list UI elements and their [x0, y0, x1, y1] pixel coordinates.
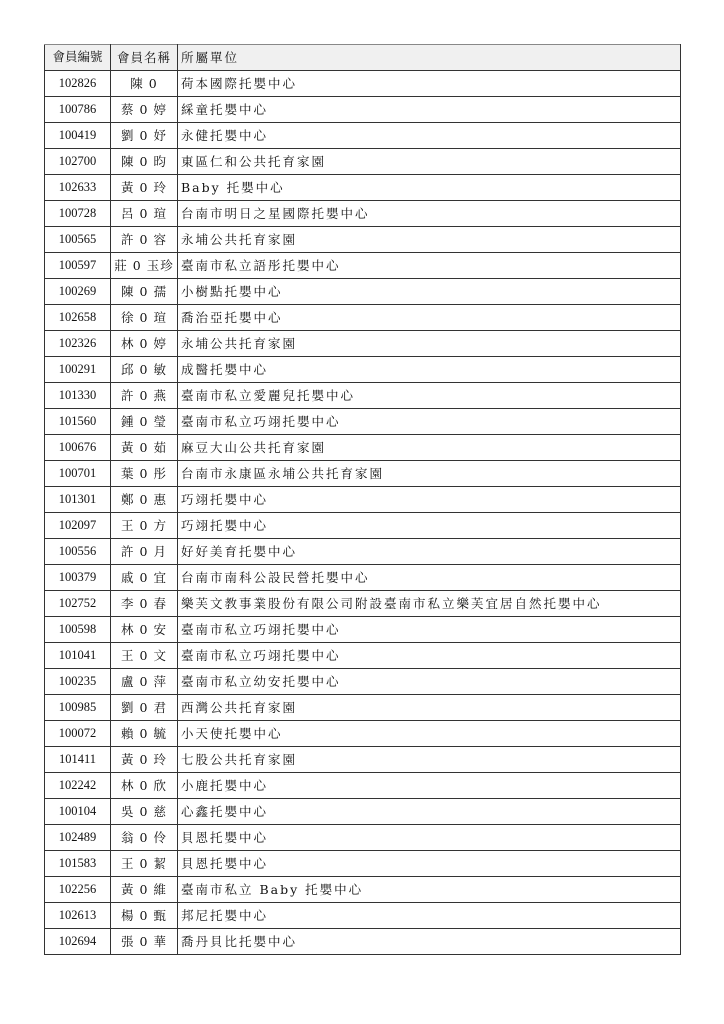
member-id-cell: 100072	[45, 721, 111, 747]
member-id-cell: 100786	[45, 97, 111, 123]
table-row: 102326林 0 婷永埔公共托育家園	[45, 331, 681, 357]
table-row: 100419劉 0 妤永健托嬰中心	[45, 123, 681, 149]
member-id-cell: 100598	[45, 617, 111, 643]
table-row: 102694張 0 華喬丹貝比托嬰中心	[45, 929, 681, 955]
affiliation-cell: 小鹿托嬰中心	[178, 773, 681, 799]
member-id-cell: 101301	[45, 487, 111, 513]
member-id-cell: 100291	[45, 357, 111, 383]
member-name-cell: 許 0 容	[111, 227, 178, 253]
member-id-cell: 101560	[45, 409, 111, 435]
table-row: 100556許 0 月好好美育托嬰中心	[45, 539, 681, 565]
member-id-cell: 100597	[45, 253, 111, 279]
member-id-cell: 102752	[45, 591, 111, 617]
table-row: 100104吳 0 慈心鑫托嬰中心	[45, 799, 681, 825]
member-name-cell: 吳 0 慈	[111, 799, 178, 825]
member-id-cell: 102613	[45, 903, 111, 929]
affiliation-cell: 喬治亞托嬰中心	[178, 305, 681, 331]
member-name-cell: 葉 0 彤	[111, 461, 178, 487]
member-name-cell: 盧 0 萍	[111, 669, 178, 695]
affiliation-cell: 臺南市私立 Baby 托嬰中心	[178, 877, 681, 903]
member-name-cell: 王 0 方	[111, 513, 178, 539]
table-row: 100072賴 0 毓小天使托嬰中心	[45, 721, 681, 747]
affiliation-cell: 成醫托嬰中心	[178, 357, 681, 383]
table-row: 100728呂 0 瑄台南市明日之星國際托嬰中心	[45, 201, 681, 227]
affiliation-cell: 喬丹貝比托嬰中心	[178, 929, 681, 955]
member-table: 會員編號 會員名稱 所屬單位 102826陳 0荷本國際托嬰中心100786蔡 …	[44, 44, 681, 955]
member-id-cell: 102256	[45, 877, 111, 903]
member-name-cell: 林 0 婷	[111, 331, 178, 357]
member-name-cell: 賴 0 毓	[111, 721, 178, 747]
table-row: 100676黃 0 茹麻豆大山公共托育家園	[45, 435, 681, 461]
affiliation-cell: 台南市南科公設民營托嬰中心	[178, 565, 681, 591]
table-row: 100235盧 0 萍臺南市私立幼安托嬰中心	[45, 669, 681, 695]
header-row: 會員編號 會員名稱 所屬單位	[45, 45, 681, 71]
table-row: 100597莊 0 玉珍臺南市私立語彤托嬰中心	[45, 253, 681, 279]
affiliation-cell: 七股公共托育家園	[178, 747, 681, 773]
member-name-cell: 許 0 月	[111, 539, 178, 565]
member-id-cell: 101583	[45, 851, 111, 877]
member-name-cell: 楊 0 甄	[111, 903, 178, 929]
member-name-cell: 徐 0 瑄	[111, 305, 178, 331]
header-member-name: 會員名稱	[111, 45, 178, 71]
affiliation-cell: 心鑫托嬰中心	[178, 799, 681, 825]
table-row: 102256黃 0 維臺南市私立 Baby 托嬰中心	[45, 877, 681, 903]
table-row: 100379戚 0 宜台南市南科公設民營托嬰中心	[45, 565, 681, 591]
member-name-cell: 許 0 燕	[111, 383, 178, 409]
affiliation-cell: 貝恩托嬰中心	[178, 851, 681, 877]
table-row: 101041王 0 文臺南市私立巧翊托嬰中心	[45, 643, 681, 669]
member-id-cell: 101411	[45, 747, 111, 773]
table-row: 101330許 0 燕臺南市私立愛麗兒托嬰中心	[45, 383, 681, 409]
header-affiliation: 所屬單位	[178, 45, 681, 71]
member-name-cell: 陳 0	[111, 71, 178, 97]
table-row: 102242林 0 欣小鹿托嬰中心	[45, 773, 681, 799]
member-name-cell: 蔡 0 婷	[111, 97, 178, 123]
member-name-cell: 林 0 安	[111, 617, 178, 643]
member-id-cell: 102826	[45, 71, 111, 97]
table-row: 100701葉 0 彤台南市永康區永埔公共托育家園	[45, 461, 681, 487]
member-name-cell: 黃 0 玲	[111, 175, 178, 201]
member-name-cell: 陳 0 孺	[111, 279, 178, 305]
table-row: 102826陳 0荷本國際托嬰中心	[45, 71, 681, 97]
member-id-cell: 100235	[45, 669, 111, 695]
affiliation-cell: 樂芙文教事業股份有限公司附設臺南市私立樂芙宜居自然托嬰中心	[178, 591, 681, 617]
member-id-cell: 100556	[45, 539, 111, 565]
table-row: 102489翁 0 伶貝恩托嬰中心	[45, 825, 681, 851]
table-row: 100565許 0 容永埔公共托育家園	[45, 227, 681, 253]
member-name-cell: 張 0 華	[111, 929, 178, 955]
table-row: 101411黃 0 玲七股公共托育家園	[45, 747, 681, 773]
member-id-cell: 102633	[45, 175, 111, 201]
table-row: 102658徐 0 瑄喬治亞托嬰中心	[45, 305, 681, 331]
member-id-cell: 100728	[45, 201, 111, 227]
member-id-cell: 102658	[45, 305, 111, 331]
member-name-cell: 王 0 文	[111, 643, 178, 669]
affiliation-cell: 臺南市私立幼安托嬰中心	[178, 669, 681, 695]
affiliation-cell: 永埔公共托育家園	[178, 227, 681, 253]
table-body: 102826陳 0荷本國際托嬰中心100786蔡 0 婷綵童托嬰中心100419…	[45, 71, 681, 955]
member-name-cell: 劉 0 君	[111, 695, 178, 721]
member-name-cell: 李 0 春	[111, 591, 178, 617]
member-name-cell: 黃 0 茹	[111, 435, 178, 461]
table-row: 101301鄭 0 惠巧翊托嬰中心	[45, 487, 681, 513]
member-id-cell: 102489	[45, 825, 111, 851]
member-name-cell: 邱 0 敏	[111, 357, 178, 383]
affiliation-cell: 綵童托嬰中心	[178, 97, 681, 123]
affiliation-cell: 臺南市私立巧翊托嬰中心	[178, 409, 681, 435]
table-row: 100985劉 0 君西灣公共托育家園	[45, 695, 681, 721]
member-id-cell: 102242	[45, 773, 111, 799]
affiliation-cell: 臺南市私立語彤托嬰中心	[178, 253, 681, 279]
member-name-cell: 鄭 0 惠	[111, 487, 178, 513]
member-id-cell: 100104	[45, 799, 111, 825]
member-name-cell: 鍾 0 瑩	[111, 409, 178, 435]
member-name-cell: 陳 0 昀	[111, 149, 178, 175]
member-id-cell: 102694	[45, 929, 111, 955]
member-id-cell: 100379	[45, 565, 111, 591]
table-row: 101560鍾 0 瑩臺南市私立巧翊托嬰中心	[45, 409, 681, 435]
member-id-cell: 102326	[45, 331, 111, 357]
table-row: 102633黃 0 玲Baby 托嬰中心	[45, 175, 681, 201]
affiliation-cell: 小天使托嬰中心	[178, 721, 681, 747]
member-name-cell: 王 0 絜	[111, 851, 178, 877]
member-id-cell: 100985	[45, 695, 111, 721]
affiliation-cell: 荷本國際托嬰中心	[178, 71, 681, 97]
member-id-cell: 100565	[45, 227, 111, 253]
table-row: 102097王 0 方巧翊托嬰中心	[45, 513, 681, 539]
table-row: 101583王 0 絜貝恩托嬰中心	[45, 851, 681, 877]
affiliation-cell: 台南市永康區永埔公共托育家園	[178, 461, 681, 487]
table-header: 會員編號 會員名稱 所屬單位	[45, 45, 681, 71]
affiliation-cell: 巧翊托嬰中心	[178, 513, 681, 539]
member-name-cell: 劉 0 妤	[111, 123, 178, 149]
member-name-cell: 黃 0 維	[111, 877, 178, 903]
member-id-cell: 100676	[45, 435, 111, 461]
affiliation-cell: 邦尼托嬰中心	[178, 903, 681, 929]
affiliation-cell: 小樹點托嬰中心	[178, 279, 681, 305]
table-row: 102752李 0 春樂芙文教事業股份有限公司附設臺南市私立樂芙宜居自然托嬰中心	[45, 591, 681, 617]
affiliation-cell: 巧翊托嬰中心	[178, 487, 681, 513]
member-name-cell: 呂 0 瑄	[111, 201, 178, 227]
member-name-cell: 林 0 欣	[111, 773, 178, 799]
member-name-cell: 黃 0 玲	[111, 747, 178, 773]
header-member-id: 會員編號	[45, 45, 111, 71]
affiliation-cell: Baby 托嬰中心	[178, 175, 681, 201]
member-id-cell: 100269	[45, 279, 111, 305]
affiliation-cell: 臺南市私立巧翊托嬰中心	[178, 617, 681, 643]
table-row: 102700陳 0 昀東區仁和公共托育家園	[45, 149, 681, 175]
member-name-cell: 戚 0 宜	[111, 565, 178, 591]
member-id-cell: 101041	[45, 643, 111, 669]
table-row: 100598林 0 安臺南市私立巧翊托嬰中心	[45, 617, 681, 643]
affiliation-cell: 台南市明日之星國際托嬰中心	[178, 201, 681, 227]
affiliation-cell: 西灣公共托育家園	[178, 695, 681, 721]
affiliation-cell: 臺南市私立巧翊托嬰中心	[178, 643, 681, 669]
member-name-cell: 翁 0 伶	[111, 825, 178, 851]
affiliation-cell: 臺南市私立愛麗兒托嬰中心	[178, 383, 681, 409]
member-id-cell: 102700	[45, 149, 111, 175]
affiliation-cell: 永埔公共托育家園	[178, 331, 681, 357]
table-row: 100269陳 0 孺小樹點托嬰中心	[45, 279, 681, 305]
affiliation-cell: 東區仁和公共托育家園	[178, 149, 681, 175]
affiliation-cell: 麻豆大山公共托育家園	[178, 435, 681, 461]
member-name-cell: 莊 0 玉珍	[111, 253, 178, 279]
table-row: 100786蔡 0 婷綵童托嬰中心	[45, 97, 681, 123]
member-id-cell: 102097	[45, 513, 111, 539]
table-row: 102613楊 0 甄邦尼托嬰中心	[45, 903, 681, 929]
member-id-cell: 100419	[45, 123, 111, 149]
affiliation-cell: 好好美育托嬰中心	[178, 539, 681, 565]
affiliation-cell: 永健托嬰中心	[178, 123, 681, 149]
member-id-cell: 100701	[45, 461, 111, 487]
member-id-cell: 101330	[45, 383, 111, 409]
affiliation-cell: 貝恩托嬰中心	[178, 825, 681, 851]
table-row: 100291邱 0 敏成醫托嬰中心	[45, 357, 681, 383]
